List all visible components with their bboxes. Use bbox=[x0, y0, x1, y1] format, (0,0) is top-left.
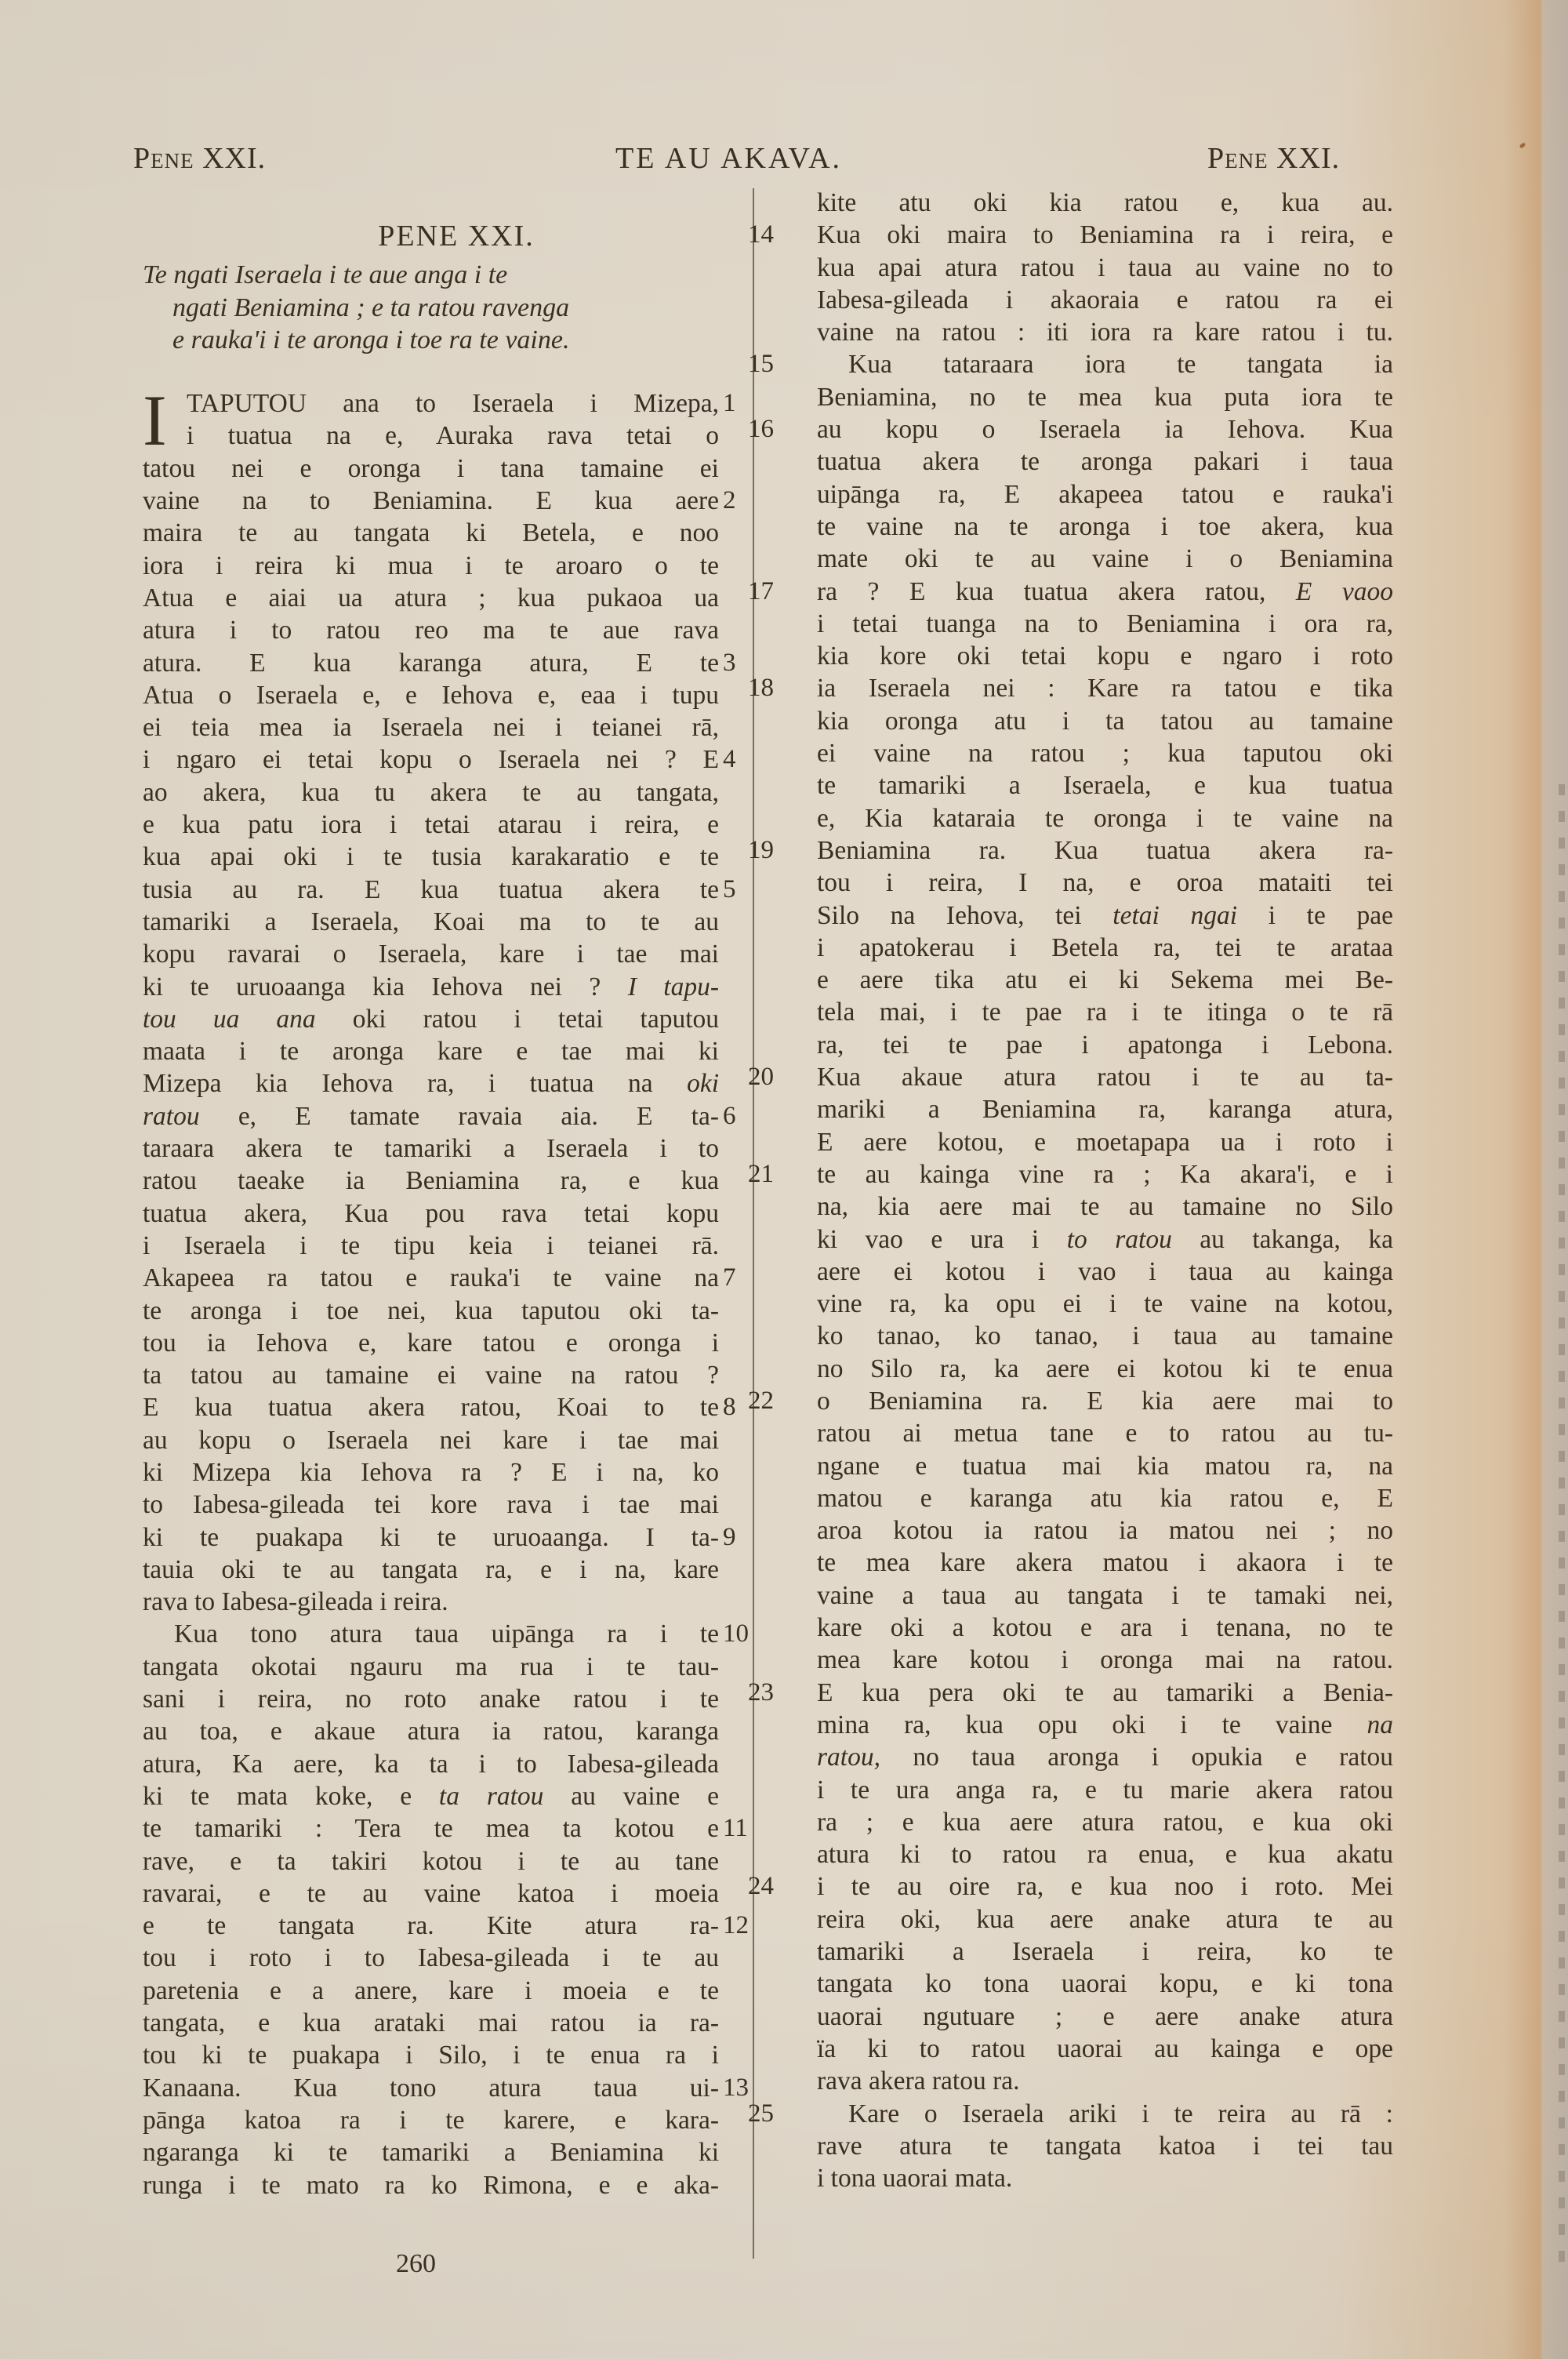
line-text: ki Mizepa kia Iehova ra ? E i na, ko bbox=[143, 1458, 719, 1487]
text-line: tangata ko tona uaorai kopu, e ki tona bbox=[817, 1968, 1393, 2000]
line-text: i apatokerau i Betela ra, tei te arataa bbox=[817, 933, 1393, 962]
text-line: Beniamina, no te mea kua puta iora te bbox=[817, 381, 1393, 413]
text-line: ïa ki to ratou uaorai au kainga e ope bbox=[817, 2033, 1393, 2065]
text-line: tou ua ana oki ratou i tetai taputou bbox=[143, 1003, 719, 1035]
text-line: paretenia e a anere, kare i moeia e te bbox=[143, 1975, 719, 2007]
text-line: mea kare kotou i oronga mai na ratou. bbox=[817, 1644, 1393, 1676]
verse-number: 18 bbox=[748, 672, 795, 704]
text-line: vaine na ratou : iti iora ra kare ratou … bbox=[817, 316, 1393, 348]
text-line: reira oki, kua aere anake atura te au bbox=[817, 1903, 1393, 1936]
line-text: vaine a taua au tangata i te tamaki nei, bbox=[817, 1581, 1393, 1610]
text-line: ravarai, e te au vaine katoa i moeia bbox=[143, 1877, 719, 1910]
line-text: ki te uruoaanga kia Iehova nei ? bbox=[143, 972, 601, 1001]
line-text: rave, e ta takiri kotou i te au tane bbox=[143, 1847, 719, 1876]
text-line: vine ra, ka opu ei i te vaine na kotou, bbox=[817, 1288, 1393, 1320]
text-line: kia oronga atu i ta tatou au tamaine bbox=[817, 705, 1393, 737]
italic-text: E vaoo bbox=[1296, 577, 1393, 606]
line-text: vaine na to Beniamina. E kua aere bbox=[143, 486, 719, 515]
verse-number: 20 bbox=[748, 1061, 795, 1093]
text-line: kopu ravarai o Iseraela, kare i tae mai bbox=[143, 938, 719, 970]
running-head-right: Pene XXI. bbox=[1207, 141, 1340, 176]
line-text: E aere kotou, e moetapapa ua i roto i bbox=[817, 1128, 1393, 1157]
line-text: ra ; e kua aere atura ratou, e kua oki bbox=[817, 1808, 1393, 1837]
text-line: ngaranga ki te tamariki a Beniamina ki bbox=[143, 2136, 719, 2168]
line-text: i ngaro ei tetai kopu o Iseraela nei ? E bbox=[143, 745, 719, 774]
text-line: ta tatou au tamaine ei vaine na ratou ? bbox=[143, 1359, 719, 1391]
line-text: ki te mata koke, e bbox=[143, 1782, 412, 1811]
line-text: te mea kare akera matou i akaora i te bbox=[817, 1548, 1393, 1577]
line-text: iora i reira ki mua i te aroaro o te bbox=[143, 551, 719, 580]
text-line: e te tangata ra. Kite atura ra-12 bbox=[143, 1910, 719, 1942]
text-line: ki te mata koke, e ta ratou au vaine e bbox=[143, 1780, 719, 1812]
verse-number: 17 bbox=[748, 576, 795, 608]
chapter-summary: Te ngati Iseraela i te aue anga i te nga… bbox=[143, 259, 723, 356]
text-line: atura ki to ratou ra enua, e kua akatu bbox=[817, 1838, 1393, 1870]
line-text: Beniamina, no te mea kua puta iora te bbox=[817, 383, 1393, 412]
text-line: i te ura anga ra, e tu marie akera ratou bbox=[817, 1774, 1393, 1806]
left-column-text: I TAPUTOU ana to Iseraela i Mizepa,1i tu… bbox=[143, 387, 739, 2201]
line-text: tusia au ra. E kua tuatua akera te bbox=[143, 875, 719, 904]
paper-speck bbox=[1519, 142, 1526, 149]
verse-number: 15 bbox=[748, 348, 795, 380]
line-text: te tamariki a Iseraela, e kua tuatua bbox=[817, 771, 1393, 800]
text-line: ko tanao, ko tanao, i taua au tamaine bbox=[817, 1320, 1393, 1352]
italic-text: na bbox=[1367, 1710, 1394, 1739]
italic-text: to ratou bbox=[1067, 1225, 1172, 1254]
text-line: e aere tika atu ei ki Sekema mei Be- bbox=[817, 964, 1393, 996]
text-line: tangata, e kua arataki mai ratou ia ra- bbox=[143, 2007, 719, 2039]
text-line: iora i reira ki mua i te aroaro o te bbox=[143, 550, 719, 582]
text-line: kare oki a kotou e ara i tenana, no te bbox=[817, 1612, 1393, 1644]
text-line: ki te uruoaanga kia Iehova nei ? I tapu- bbox=[143, 971, 719, 1003]
text-line: tatou nei e oronga i tana tamaine ei bbox=[143, 453, 719, 485]
line-text: sani i reira, no roto anake ratou i te bbox=[143, 1685, 719, 1714]
line-text: kare oki a kotou e ara i tenana, no te bbox=[817, 1613, 1393, 1642]
line-text: ngane e tuatua mai kia matou ra, na bbox=[817, 1452, 1393, 1481]
text-line: ratou taeake ia Beniamina ra, e kua bbox=[143, 1165, 719, 1197]
text-line: ki Mizepa kia Iehova ra ? E i na, ko bbox=[143, 1456, 719, 1488]
line-text: maira te au tangata ki Betela, e noo bbox=[143, 518, 719, 547]
text-line: tauia oki te au tangata ra, e i na, kare bbox=[143, 1554, 719, 1586]
text-line: te au kainga vine ra ; Ka akara'i, e i21 bbox=[817, 1158, 1393, 1190]
verse-number: 11 bbox=[723, 1812, 770, 1845]
text-line: kia kore oki tetai kopu e ngaro i roto bbox=[817, 640, 1393, 672]
text-line: tusia au ra. E kua tuatua akera te5 bbox=[143, 874, 719, 906]
line-text: ta tatou au tamaine ei vaine na ratou ? bbox=[143, 1361, 719, 1390]
verse-number: 2 bbox=[723, 485, 770, 517]
summary-line: ngati Beniamina ; e ta ratou ravenga bbox=[143, 292, 723, 324]
line-text: tamariki a Iseraela, Koai ma to te au bbox=[143, 907, 719, 936]
line-text: i tetai tuanga na to Beniamina i ora ra, bbox=[817, 609, 1393, 638]
line-text: e te tangata ra. Kite atura ra- bbox=[143, 1911, 719, 1940]
text-line: au kopu o Iseraela nei kare i tae mai bbox=[143, 1424, 719, 1456]
verse-number: 9 bbox=[723, 1521, 770, 1554]
text-line: i Iseraela i te tipu keia i teianei rā. bbox=[143, 1230, 719, 1262]
line-text: tamariki a Iseraela i reira, ko te bbox=[817, 1937, 1393, 1966]
verse-number: 22 bbox=[748, 1385, 795, 1417]
text-line: tou ia Iehova e, kare tatou e oronga i bbox=[143, 1327, 719, 1359]
line-text: e, E tamate ravaia aia. E ta- bbox=[238, 1102, 719, 1131]
line-text: e kua patu iora i tetai atarau i reira, … bbox=[143, 810, 719, 839]
right-column-text: kite atu oki kia ratou e, kua au.Kua oki… bbox=[817, 187, 1401, 2194]
text-line: vaine na to Beniamina. E kua aere2 bbox=[143, 485, 719, 517]
line-text: i tuatua na e, Auraka rava tetai o bbox=[187, 421, 719, 450]
line-text: au takanga, ka bbox=[1200, 1225, 1393, 1254]
line-text: rava akera ratou ra. bbox=[817, 2066, 1020, 2095]
line-text: e, Kia kataraia te oronga i te vaine na bbox=[817, 804, 1393, 833]
line-text: Kua akaue atura ratou i te au ta- bbox=[817, 1063, 1393, 1092]
verse-number: 12 bbox=[723, 1910, 770, 1942]
text-line: ratou e, E tamate ravaia aia. E ta-6 bbox=[143, 1100, 719, 1132]
text-line: tou ki te puakapa i Silo, i te enua ra i bbox=[143, 2039, 719, 2071]
line-text: Akapeea ra tatou e rauka'i te vaine na bbox=[143, 1263, 719, 1292]
line-text: mariki a Beniamina ra, karanga atura, bbox=[817, 1095, 1393, 1124]
text-line: te tamariki : Tera te mea ta kotou e11 bbox=[143, 1812, 719, 1845]
text-line: Kua tataraara iora te tangata ia15 bbox=[817, 348, 1393, 380]
text-line: uipānga ra, E akapeea tatou e rauka'i bbox=[817, 478, 1393, 511]
line-text: te vaine na te aronga i toe akera, kua bbox=[817, 512, 1393, 541]
text-line: tamariki a Iseraela i reira, ko te bbox=[817, 1936, 1393, 1968]
line-text: atura, Ka aere, ka ta i to Iabesa-gilead… bbox=[143, 1750, 719, 1779]
text-line: au toa, e akaue atura ia ratou, karanga bbox=[143, 1715, 719, 1747]
line-text: tauia oki te au tangata ra, e i na, kare bbox=[143, 1555, 719, 1584]
line-text: E kua pera oki te au tamariki a Benia- bbox=[817, 1678, 1393, 1707]
verse-number: 21 bbox=[748, 1158, 795, 1190]
text-line: maata i te aronga kare e tae mai ki bbox=[143, 1035, 719, 1067]
text-line: au kopu o Iseraela ia Iehova. Kua16 bbox=[817, 413, 1393, 445]
line-text: ki te puakapa ki te uruoaanga. I ta- bbox=[143, 1523, 719, 1552]
text-line: i te au oire ra, e kua noo i roto. Mei24 bbox=[817, 1870, 1393, 1903]
text-line: E kua pera oki te au tamariki a Benia-23 bbox=[817, 1677, 1393, 1709]
text-line: i tuatua na e, Auraka rava tetai o bbox=[143, 420, 719, 452]
text-line: Kanaana. Kua tono atura taua ui-13 bbox=[143, 2072, 719, 2104]
text-line: runga i te mato ra ko Rimona, e e aka- bbox=[143, 2169, 719, 2201]
line-text: i te au oire ra, e kua noo i roto. Mei bbox=[817, 1872, 1393, 1901]
line-text: tou i roto i to Iabesa-gileada i te au bbox=[143, 1943, 719, 1972]
text-line: TAPUTOU ana to Iseraela i Mizepa,1 bbox=[143, 387, 719, 420]
text-line: ra ? E kua tuatua akera ratou, E vaoo17 bbox=[817, 576, 1393, 608]
line-text: Iabesa-gileada i akaoraia e ratou ra ei bbox=[817, 285, 1393, 314]
page-edge-ticks bbox=[1559, 784, 1565, 2274]
running-head-title: TE AU AKAVA. bbox=[615, 141, 842, 176]
page-number: 260 bbox=[396, 2249, 436, 2279]
line-text: ravarai, e te au vaine katoa i moeia bbox=[143, 1879, 719, 1908]
text-line: atura i to ratou reo ma te aue rava bbox=[143, 614, 719, 646]
line-text: ratou ai metua tane e to ratou au tu- bbox=[817, 1419, 1393, 1448]
text-line: Kua oki maira to Beniamina ra i reira, e… bbox=[817, 219, 1393, 251]
text-line: Beniamina ra. Kua tuatua akera ra-19 bbox=[817, 834, 1393, 867]
line-text: oki ratou i tetai taputou bbox=[353, 1005, 719, 1034]
italic-text: oki bbox=[687, 1069, 719, 1098]
line-text: ra ? E kua tuatua akera ratou, bbox=[817, 577, 1265, 606]
line-text: tangata ko tona uaorai kopu, e ki tona bbox=[817, 1969, 1393, 1998]
line-text: mea kare kotou i oronga mai na ratou. bbox=[817, 1645, 1393, 1674]
text-line: aere ei kotou i vao i taua au kainga bbox=[817, 1256, 1393, 1288]
line-text: na, kia aere mai te au tamaine no Silo bbox=[817, 1192, 1393, 1221]
line-text: kopu ravarai o Iseraela, kare i tae mai bbox=[143, 940, 719, 969]
line-text: au vaine e bbox=[571, 1782, 719, 1811]
line-text: mate oki te au vaine i o Beniamina bbox=[817, 544, 1393, 573]
line-text: pānga katoa ra i te karere, e kara- bbox=[143, 2106, 719, 2135]
line-text: au kopu o Iseraela nei kare i tae mai bbox=[143, 1426, 719, 1455]
text-line: uaorai ngutuare ; e aere anake atura bbox=[817, 2001, 1393, 2033]
line-text: Silo na Iehova, tei bbox=[817, 901, 1082, 930]
line-text: Beniamina ra. Kua tuatua akera ra- bbox=[817, 836, 1393, 865]
line-text: atura i to ratou reo ma te aue rava bbox=[143, 616, 719, 645]
italic-text: ratou bbox=[143, 1102, 200, 1131]
text-line: rava to Iabesa-gileada i reira. bbox=[143, 1586, 719, 1618]
running-head-left: Pene XXI. bbox=[133, 141, 266, 176]
line-text: tou ia Iehova e, kare tatou e oronga i bbox=[143, 1329, 719, 1358]
text-line: ra, tei te pae i apatonga i Lebona. bbox=[817, 1029, 1393, 1061]
text-line: ei vaine na ratou ; kua taputou oki bbox=[817, 737, 1393, 769]
line-text: paretenia e a anere, kare i moeia e te bbox=[143, 1976, 719, 2005]
line-text: ra, tei te pae i apatonga i Lebona. bbox=[817, 1030, 1393, 1060]
text-line: ra ; e kua aere atura ratou, e kua oki bbox=[817, 1806, 1393, 1838]
line-text: atura. E kua karanga atura, E te bbox=[143, 649, 719, 678]
text-line: tuatua akera, Kua pou rava tetai kopu bbox=[143, 1198, 719, 1230]
text-line: te mea kare akera matou i akaora i te bbox=[817, 1547, 1393, 1579]
line-text: ia Iseraela nei : Kare ra tatou e tika bbox=[817, 674, 1393, 703]
line-text: no Silo ra, ka aere ei kotou ki te enua bbox=[817, 1354, 1393, 1383]
line-text: o Beniamina ra. E kia aere mai to bbox=[817, 1387, 1393, 1416]
text-line: tou i reira, I na, e oroa mataiti tei bbox=[817, 867, 1393, 899]
text-line: Kare o Iseraela ariki i te reira au rā :… bbox=[817, 2098, 1393, 2130]
text-line: e kua patu iora i tetai atarau i reira, … bbox=[143, 809, 719, 841]
italic-text: ratou, bbox=[817, 1743, 880, 1772]
text-line: na, kia aere mai te au tamaine no Silo bbox=[817, 1190, 1393, 1223]
line-text: tuatua akera te aronga pakari i taua bbox=[817, 447, 1393, 476]
text-line: i tetai tuanga na to Beniamina i ora ra, bbox=[817, 608, 1393, 640]
text-line: i apatokerau i Betela ra, tei te arataa bbox=[817, 932, 1393, 964]
line-text: kia kore oki tetai kopu e ngaro i roto bbox=[817, 642, 1393, 671]
text-line: Mizepa kia Iehova ra, i tuatua na oki bbox=[143, 1067, 719, 1100]
line-text: Kanaana. Kua tono atura taua ui- bbox=[143, 2074, 719, 2103]
text-line: Kua akaue atura ratou i te au ta-20 bbox=[817, 1061, 1393, 1093]
line-text: maata i te aronga kare e tae mai ki bbox=[143, 1037, 719, 1066]
line-text: rave atura te tangata katoa i tei tau bbox=[817, 2132, 1393, 2161]
italic-text: I tapu- bbox=[628, 972, 719, 1001]
line-text: tou i reira, I na, e oroa mataiti tei bbox=[817, 868, 1393, 897]
verse-number: 7 bbox=[723, 1262, 770, 1294]
text-line: tela mai, i te pae ra i te itinga o te r… bbox=[817, 996, 1393, 1028]
text-line: rava akera ratou ra. bbox=[817, 2065, 1393, 2097]
line-text: i Iseraela i te tipu keia i teianei rā. bbox=[143, 1231, 719, 1260]
verse-number: 4 bbox=[723, 743, 770, 776]
line-text: kite atu oki kia ratou e, kua au. bbox=[817, 188, 1393, 217]
summary-line: Te ngati Iseraela i te aue anga i te bbox=[143, 259, 723, 291]
line-text: au toa, e akaue atura ia ratou, karanga bbox=[143, 1717, 719, 1746]
text-line: no Silo ra, ka aere ei kotou ki te enua bbox=[817, 1353, 1393, 1385]
right-column: kite atu oki kia ratou e, kua au.Kua oki… bbox=[817, 187, 1401, 2194]
line-text: tangata okotai ngauru ma rua i te tau- bbox=[143, 1652, 719, 1681]
text-line: to Iabesa-gileada tei kore rava i tae ma… bbox=[143, 1488, 719, 1521]
italic-text: tetai ngai bbox=[1112, 901, 1237, 930]
text-line: E aere kotou, e moetapapa ua i roto i bbox=[817, 1126, 1393, 1158]
text-line: kua apai oki i te tusia karakaratio e te bbox=[143, 841, 719, 873]
line-text: ei teia mea ia Iseraela nei i teianei rā… bbox=[143, 713, 719, 742]
text-line: tuatua akera te aronga pakari i taua bbox=[817, 445, 1393, 478]
text-line: ratou ai metua tane e to ratou au tu- bbox=[817, 1417, 1393, 1449]
line-text: au kopu o Iseraela ia Iehova. Kua bbox=[817, 415, 1393, 444]
text-line: atura, Ka aere, ka ta i to Iabesa-gilead… bbox=[143, 1748, 719, 1780]
line-text: tangata, e kua arataki mai ratou ia ra- bbox=[143, 2008, 719, 2037]
text-line: atura. E kua karanga atura, E te3 bbox=[143, 647, 719, 679]
verse-number: 23 bbox=[748, 1677, 795, 1709]
text-line: rave, e ta takiri kotou i te au tane bbox=[143, 1845, 719, 1877]
line-text: i te ura anga ra, e tu marie akera ratou bbox=[817, 1776, 1393, 1805]
line-text: Atua e aiai ua atura ; kua pukaoa ua bbox=[143, 583, 719, 612]
line-text: Kua tono atura taua uipānga ra i te bbox=[174, 1619, 719, 1648]
line-text: aere ei kotou i vao i taua au kainga bbox=[817, 1257, 1393, 1286]
text-line: te aronga i toe nei, kua taputou oki ta- bbox=[143, 1295, 719, 1327]
line-text: runga i te mato ra ko Rimona, e e aka- bbox=[143, 2171, 719, 2200]
line-text: Mizepa kia Iehova ra, i tuatua na bbox=[143, 1069, 653, 1098]
text-line: vaine a taua au tangata i te tamaki nei, bbox=[817, 1579, 1393, 1612]
line-text: e aere tika atu ei ki Sekema mei Be- bbox=[817, 965, 1393, 994]
text-line: i tona uaorai mata. bbox=[817, 2162, 1393, 2194]
chapter-title: PENE XXI. bbox=[143, 220, 739, 253]
text-line: Atua o Iseraela e, e Iehova e, eaa i tup… bbox=[143, 679, 719, 711]
text-line: te vaine na te aronga i toe akera, kua bbox=[817, 511, 1393, 543]
line-text: Kua oki maira to Beniamina ra i reira, e bbox=[817, 220, 1393, 249]
line-text: ki vao e ura i bbox=[817, 1225, 1039, 1254]
verse-number: 25 bbox=[748, 2098, 795, 2130]
text-line: tamariki a Iseraela, Koai ma to te au bbox=[143, 906, 719, 938]
line-text: te aronga i toe nei, kua taputou oki ta- bbox=[143, 1296, 719, 1325]
italic-text: tou ua ana bbox=[143, 1005, 316, 1034]
left-column: PENE XXI. Te ngati Iseraela i te aue ang… bbox=[143, 187, 739, 2201]
text-line: E kua tuatua akera ratou, Koai to te8 bbox=[143, 1391, 719, 1423]
text-line: Atua e aiai ua atura ; kua pukaoa ua bbox=[143, 582, 719, 614]
line-text: tatou nei e oronga i tana tamaine ei bbox=[143, 454, 719, 483]
text-line: te tamariki a Iseraela, e kua tuatua bbox=[817, 769, 1393, 801]
verse-number: 6 bbox=[723, 1100, 770, 1132]
line-text: vaine na ratou : iti iora ra kare ratou … bbox=[817, 318, 1393, 347]
line-text: ko tanao, ko tanao, i taua au tamaine bbox=[817, 1321, 1393, 1350]
text-line: o Beniamina ra. E kia aere mai to22 bbox=[817, 1385, 1393, 1417]
line-text: atura ki to ratou ra enua, e kua akatu bbox=[817, 1840, 1393, 1869]
line-text: te au kainga vine ra ; Ka akara'i, e i bbox=[817, 1160, 1393, 1189]
text-line: rave atura te tangata katoa i tei tau bbox=[817, 2130, 1393, 2162]
line-text: Kua tataraara iora te tangata ia bbox=[848, 350, 1393, 379]
line-text: matou e karanga atu kia ratou e, E bbox=[817, 1484, 1393, 1513]
italic-text: ta ratou bbox=[439, 1782, 544, 1811]
line-text: Kare o Iseraela ariki i te reira au rā : bbox=[848, 2099, 1393, 2128]
text-line: ei teia mea ia Iseraela nei i teianei rā… bbox=[143, 711, 719, 743]
text-line: ratou, no taua aronga i opukia e ratou bbox=[817, 1741, 1393, 1773]
verse-number: 24 bbox=[748, 1870, 795, 1903]
text-line: matou e karanga atu kia ratou e, E bbox=[817, 1482, 1393, 1514]
line-text: no taua aronga i opukia e ratou bbox=[913, 1743, 1393, 1772]
text-line: ngane e tuatua mai kia matou ra, na bbox=[817, 1450, 1393, 1482]
text-line: ia Iseraela nei : Kare ra tatou e tika18 bbox=[817, 672, 1393, 704]
text-line: mate oki te au vaine i o Beniamina bbox=[817, 543, 1393, 575]
text-line: ki te puakapa ki te uruoaanga. I ta-9 bbox=[143, 1521, 719, 1554]
line-text: uipānga ra, E akapeea tatou e rauka'i bbox=[817, 480, 1393, 509]
line-text: TAPUTOU ana to Iseraela i Mizepa, bbox=[187, 389, 719, 418]
line-text: kua apai oki i te tusia karakaratio e te bbox=[143, 842, 719, 871]
text-line: mariki a Beniamina ra, karanga atura, bbox=[817, 1093, 1393, 1125]
line-text: ao akera, kua tu akera te au tangata, bbox=[143, 778, 719, 807]
line-text: i tona uaorai mata. bbox=[817, 2164, 1012, 2193]
text-line: Akapeea ra tatou e rauka'i te vaine na7 bbox=[143, 1262, 719, 1294]
line-text: to Iabesa-gileada tei kore rava i tae ma… bbox=[143, 1490, 719, 1519]
text-line: e, Kia kataraia te oronga i te vaine na bbox=[817, 802, 1393, 834]
text-line: taraara akera te tamariki a Iseraela i t… bbox=[143, 1132, 719, 1165]
line-text: ei vaine na ratou ; kua taputou oki bbox=[817, 739, 1393, 768]
text-line: tou i roto i to Iabesa-gileada i te au bbox=[143, 1942, 719, 1974]
line-text: E kua tuatua akera ratou, Koai to te bbox=[143, 1393, 719, 1422]
line-text: rava to Iabesa-gileada i reira. bbox=[143, 1587, 448, 1616]
text-line: Silo na Iehova, tei tetai ngai i te pae bbox=[817, 900, 1393, 932]
line-text: tela mai, i te pae ra i te itinga o te r… bbox=[817, 998, 1393, 1027]
line-text: taraara akera te tamariki a Iseraela i t… bbox=[143, 1134, 719, 1163]
text-line: Kua tono atura taua uipānga ra i te10 bbox=[143, 1618, 719, 1650]
line-text: ïa ki to ratou uaorai au kainga e ope bbox=[817, 2034, 1393, 2063]
text-line: i ngaro ei tetai kopu o Iseraela nei ? E… bbox=[143, 743, 719, 776]
line-text: te tamariki : Tera te mea ta kotou e bbox=[143, 1814, 719, 1843]
text-line: ki vao e ura i to ratou au takanga, ka bbox=[817, 1223, 1393, 1256]
text-line: Iabesa-gileada i akaoraia e ratou ra ei bbox=[817, 284, 1393, 316]
line-text: aroa kotou ia ratou ia matou nei ; no bbox=[817, 1516, 1393, 1545]
line-text: uaorai ngutuare ; e aere anake atura bbox=[817, 2002, 1393, 2031]
text-line: kua apai atura ratou i taua au vaine no … bbox=[817, 252, 1393, 284]
text-line: kite atu oki kia ratou e, kua au. bbox=[817, 187, 1393, 219]
line-text: kia oronga atu i ta tatou au tamaine bbox=[817, 707, 1393, 736]
verse-number: 19 bbox=[748, 834, 795, 867]
line-text: ngaranga ki te tamariki a Beniamina ki bbox=[143, 2138, 719, 2167]
text-line: aroa kotou ia ratou ia matou nei ; no bbox=[817, 1514, 1393, 1547]
line-text: i te pae bbox=[1269, 901, 1393, 930]
text-line: pānga katoa ra i te karere, e kara- bbox=[143, 2104, 719, 2136]
line-text: vine ra, ka opu ei i te vaine na kotou, bbox=[817, 1289, 1393, 1318]
summary-line: e rauka'i i te aronga i toe ra te vaine. bbox=[143, 324, 723, 356]
verse-number: 14 bbox=[748, 219, 795, 251]
text-line: tangata okotai ngauru ma rua i te tau- bbox=[143, 1651, 719, 1683]
line-text: mina ra, kua opu oki i te vaine bbox=[817, 1710, 1332, 1739]
text-line: sani i reira, no roto anake ratou i te bbox=[143, 1683, 719, 1715]
text-line: maira te au tangata ki Betela, e noo bbox=[143, 517, 719, 549]
line-text: Atua o Iseraela e, e Iehova e, eaa i tup… bbox=[143, 681, 719, 710]
line-text: ratou taeake ia Beniamina ra, e kua bbox=[143, 1166, 719, 1195]
line-text: kua apai atura ratou i taua au vaine no … bbox=[817, 253, 1393, 282]
line-text: tou ki te puakapa i Silo, i te enua ra i bbox=[143, 2041, 719, 2070]
text-line: ao akera, kua tu akera te au tangata, bbox=[143, 776, 719, 809]
line-text: reira oki, kua aere anake atura te au bbox=[817, 1905, 1393, 1934]
text-line: mina ra, kua opu oki i te vaine na bbox=[817, 1709, 1393, 1741]
line-text: tuatua akera, Kua pou rava tetai kopu bbox=[143, 1199, 719, 1228]
verse-number: 5 bbox=[723, 874, 770, 906]
verse-number: 16 bbox=[748, 413, 795, 445]
verse-number: 10 bbox=[723, 1618, 770, 1650]
